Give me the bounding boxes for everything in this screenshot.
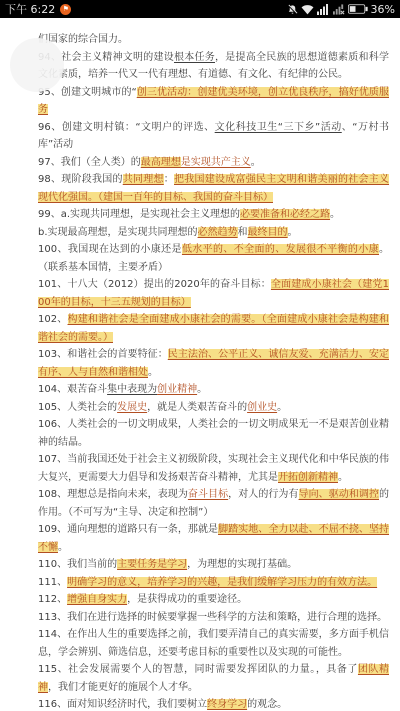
text-segment: 的观念。	[247, 699, 287, 710]
paragraph: 112、增强自身实力，是获得成功的重要途径。	[38, 591, 389, 609]
wifi-icon	[301, 4, 314, 15]
text-segment: 。	[197, 384, 207, 395]
paragraph: 110、我们当前的主要任务是学习，为理想的实现打基础。	[38, 556, 389, 574]
battery-percent-label: 36%	[371, 3, 395, 16]
text-segment: 。	[251, 157, 261, 168]
paragraph: 105、人类社会的发展史，就是人类艰苦奋斗的创业史。	[38, 399, 389, 417]
text-segment: 是实现共产主义	[181, 157, 251, 168]
paragraph: 109、通向理想的道路只有一条，那就是脚踏实地、全力以赴、不屈不挠、坚持不懈。	[38, 521, 389, 556]
text-segment: 们国家的综合国力。	[38, 34, 128, 45]
paragraph: 103、和谐社会的首要特征：民主法治、公平正义、诚信友爱、充满活力、安定有序、人…	[38, 346, 389, 381]
text-segment: 。	[58, 542, 68, 553]
paragraph: 115、社会发展需要个人的智慧，同时需要发挥团队的力量。，具备了团队精神，我们才…	[38, 661, 389, 696]
text-segment: 101、十八大（2012）提出的2020年的奋斗目标：	[38, 279, 271, 290]
text-segment: 必然趋势	[198, 227, 238, 238]
text-segment: 必要准备和必经之路	[240, 209, 330, 220]
paragraph: 113、我们在进行选择的时候要掌握一些科学的方法和策略，进行合理的选择。	[38, 609, 389, 627]
mute-bell-icon	[287, 4, 298, 15]
paragraph: 107、当前我国还处于社会主义初级阶段，实现社会主义现代化和中华民族的伟大复兴，…	[38, 451, 389, 486]
text-segment: 。	[338, 472, 348, 483]
text-segment: 100、我国现在达到的小康还是	[38, 244, 182, 255]
text-segment: 增强自身实力	[67, 594, 127, 605]
text-segment: 112、	[38, 594, 67, 605]
paragraph: 95、创建文明城市的“创三优活动：创建优美环境，创立优良秩序，搞好优质服务	[38, 84, 389, 119]
text-segment: 99、a.实现共同理想，是实现社会主义理想的	[38, 209, 240, 220]
document-body[interactable]: 们国家的综合国力。94、社会主义精神文明的建设根本任务，是提高全民族的思想道德素…	[0, 18, 400, 711]
paragraph: 104、艰苦奋斗集中表现为创业精神。	[38, 381, 389, 399]
text-segment: 文化科技卫生“三下乡”活动	[215, 122, 342, 133]
status-bar: 下午 6:22 ⚑	[0, 0, 400, 18]
paragraph: 114、在作出人生的重要选择之前，我们要弄清自己的真实需要，多方面手机信息，学会…	[38, 626, 389, 661]
text-segment: 103、和谐社会的首要特征：	[38, 349, 168, 360]
text-segment: 95、创建文明城市的“	[38, 87, 137, 98]
text-segment: 109、通向理想的道路只有一条，那就是	[38, 524, 218, 535]
paragraph: 111、明确学习的意义，培养学习的兴趣，是我们缓解学习压力的有效方法。	[38, 574, 389, 592]
text-segment: 和	[238, 227, 248, 238]
text-segment: 115、社会发展需要个人的智慧，同时需要发挥团队的力量。，具备了	[38, 664, 358, 675]
text-segment: 低水平的、不全面的、发展很不平衡的小康	[182, 244, 379, 255]
text-segment: ，我们才能更好的施展个人才华。	[48, 682, 198, 693]
text-segment: b.实现最高理想，是实现共同理想的	[38, 227, 198, 238]
paragraph: 106、人类社会的一切文明成果，人类社会的一切文明成果无一不是艰苦创业精神的结晶…	[38, 416, 389, 451]
text-segment: 集中表现为	[107, 384, 157, 395]
text-segment: 98、现阶段我国的	[38, 174, 123, 185]
text-segment: 。	[148, 367, 158, 378]
text-segment: 开拓创新精神	[278, 472, 338, 483]
text-segment: ，是获得成功的重要途径。	[127, 594, 247, 605]
text-segment: 奋斗目标	[188, 489, 228, 500]
text-segment: 最终目的	[248, 227, 288, 238]
signal-bars-icon	[317, 4, 330, 15]
text-segment: 终身学习	[207, 699, 247, 710]
text-segment: 。	[330, 209, 340, 220]
text-segment: 116、面对知识经济时代，我们要树立	[38, 699, 207, 710]
text-segment: 创业精神	[157, 384, 197, 395]
text-segment: 共同理想	[123, 174, 164, 185]
paragraph: 97、我们（全人类）的最高理想是实现共产主义。	[38, 154, 389, 172]
text-segment: 114、在作出人生的重要选择之前，我们要弄清自己的真实需要，多方面手机信息，学会…	[38, 629, 389, 658]
text-segment: 110、我们当前的	[38, 559, 117, 570]
text-segment: ：	[164, 174, 174, 185]
text-segment: 106、人类社会的一切文明成果，人类社会的一切文明成果无一不是艰苦创业精神的结晶…	[38, 419, 389, 448]
paragraph: 108、理想总是指向未来，表现为奋斗目标，对人的行为有导向、驱动和调控的作用。（…	[38, 486, 389, 521]
paragraph: 116、面对知识经济时代，我们要树立终身学习的观念。	[38, 696, 389, 711]
text-segment: 108、理想总是指向未来，表现为	[38, 489, 188, 500]
paragraph: 98、现阶段我国的共同理想：把我国建设成富强民主文明和谐美丽的社会主义现代化强国…	[38, 171, 389, 206]
paragraph: 102、构建和谐社会是全面建成小康社会的需要。（全面建成小康社会是构建和谐社会的…	[38, 311, 389, 346]
text-segment: 105、人类社会的	[38, 402, 117, 413]
battery-icon	[348, 4, 368, 14]
text-segment: 94、社会主义精神文明的建设	[38, 52, 174, 63]
text-segment: 102、	[38, 314, 68, 325]
paragraph: b.实现最高理想，是实现共同理想的必然趋势和最终目的。	[38, 224, 389, 242]
paragraph: 96、创建文明村镇：“文明户的评选、文化科技卫生“三下乡”活动、“万村书库”活动	[38, 119, 389, 154]
text-segment: 97、我们（全人类）的	[38, 157, 141, 168]
text-segment: 构建和谐社会是全面建成小康社会的需要。（全面建成小康社会是构建和谐社会的需要。）	[38, 314, 389, 343]
paragraph: 们国家的综合国力。	[38, 31, 389, 49]
phone-screen: 下午 6:22 ⚑	[0, 0, 400, 711]
signal-no-service-icon	[333, 4, 345, 15]
text-segment: ，为理想的实现打基础。	[187, 559, 297, 570]
paragraph: 94、社会主义精神文明的建设根本任务，是提高全民族的思想道德素质和科学文化素质，…	[38, 49, 389, 84]
text-segment: 发展史	[117, 402, 147, 413]
clock-label: 下午 6:22	[5, 1, 55, 17]
text-segment: 最高理想	[141, 157, 181, 168]
text-segment: ，对人的行为有	[228, 489, 298, 500]
text-segment: 根本任务	[174, 52, 215, 63]
text-segment: 104、艰苦奋斗	[38, 384, 107, 395]
text-segment: ，就是人类艰苦奋斗的	[147, 402, 247, 413]
paragraph: 100、我国现在达到的小康还是低水平的、不全面的、发展很不平衡的小康。（联系基本…	[38, 241, 389, 276]
text-segment: 创业史	[247, 402, 277, 413]
text-segment: 明确学习的意义，培养学习的兴趣，是我们缓解学习压力的有效方法。	[67, 577, 377, 588]
notification-badge-icon: ⚑	[60, 4, 71, 15]
text-segment: 111、	[38, 577, 67, 588]
text-segment: 。	[288, 227, 298, 238]
paragraph: 101、十八大（2012）提出的2020年的奋斗目标：全面建成小康社会（建党10…	[38, 276, 389, 311]
paragraph: 99、a.实现共同理想，是实现社会主义理想的必要准备和必经之路。	[38, 206, 389, 224]
text-segment: 导向、驱动和调控	[299, 489, 379, 500]
text-segment: 96、创建文明村镇：“文明户的评选、	[38, 122, 215, 133]
text-segment: 113、我们在进行选择的时候要掌握一些科学的方法和策略，进行合理的选择。	[38, 612, 387, 623]
text-segment: 。	[277, 402, 287, 413]
text-segment: 主要任务是学习	[117, 559, 187, 570]
